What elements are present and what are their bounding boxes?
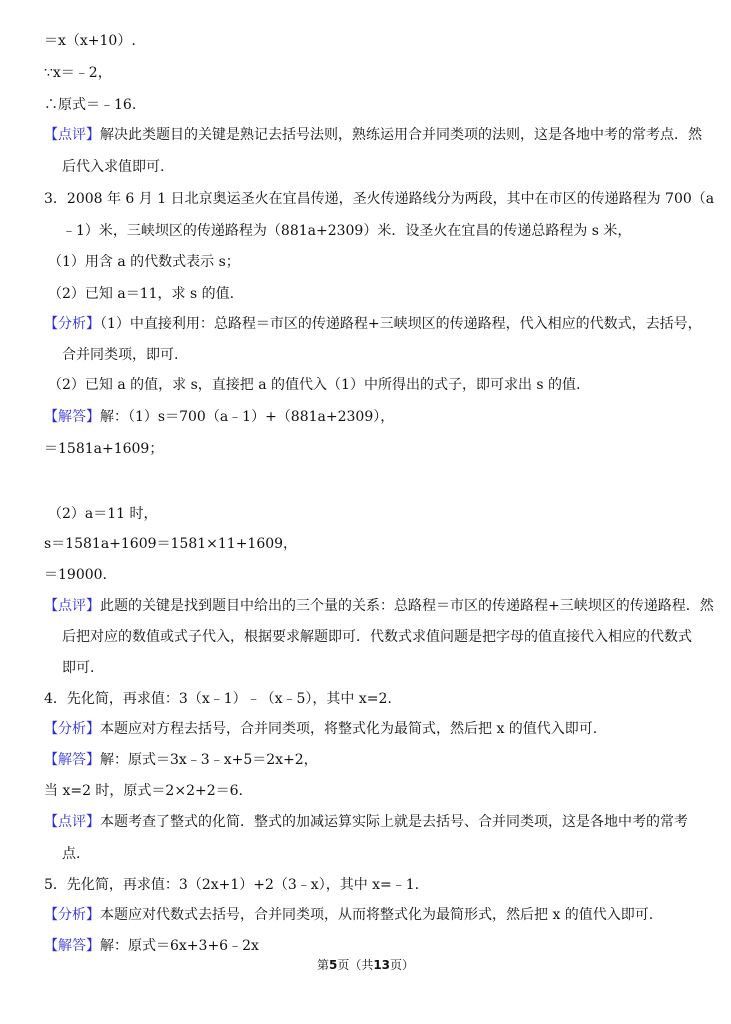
text-line: ﹣1）米，三峡坝区的传递路程为（881a+2309）米．设圣火在宜昌的传递总路程… (62, 222, 631, 240)
line-text: ＝x（x+10）. (44, 33, 136, 49)
text-line: 【解答】解：原式＝6x+3+6﹣2x (44, 937, 259, 955)
text-line: ∵x＝﹣2， (44, 64, 112, 82)
line-text: 本题考查了整式的化简．整式的加减运算实际上就是去括号、合并同类项，这是各地中考的… (100, 814, 688, 830)
text-line: 【分析】本题应对方程去括号，合并同类项，将整式化为最简式，然后把 x 的值代入即… (44, 720, 597, 738)
line-text: s＝1581a+1609＝1581×11+1609， (44, 536, 297, 552)
line-text: ＝19000. (44, 567, 107, 583)
line-text: ＝1581a+1609； (44, 441, 163, 457)
line-text: （1）中直接利用：总路程＝市区的传递路程+三峡坝区的传递路程，代入相应的代数式，… (100, 316, 702, 332)
line-text: ∴原式＝﹣16. (44, 97, 136, 113)
text-line: 【分析】本题应对代数式去括号，合并同类项，从而将整式化为最简形式，然后把 x 的… (44, 906, 653, 924)
line-text: 即可. (62, 660, 94, 676)
line-text: 本题应对方程去括号，合并同类项，将整式化为最简式，然后把 x 的值代入即可. (100, 721, 597, 737)
footer-prefix: 第 (317, 958, 329, 972)
text-line: 3．2008 年 6 月 1 日北京奥运圣火在宜昌传递，圣火传递路线分为两段，其… (44, 190, 714, 208)
section-tag: 【解答】 (44, 409, 100, 425)
text-line: 4．先化简，再求值：3（x﹣1）﹣（x﹣5），其中 x=2. (44, 690, 392, 708)
text-line: （2）已知 a＝11，求 s 的值. (48, 285, 234, 303)
text-line: 【点评】本题考查了整式的化简．整式的加减运算实际上就是去括号、合并同类项，这是各… (44, 813, 688, 831)
text-line: 【解答】解：原式＝3x﹣3﹣x+5＝2x+2， (44, 751, 318, 769)
line-text: 解：原式＝6x+3+6﹣2x (100, 938, 259, 954)
text-line: 后代入求值即可. (62, 158, 164, 176)
text-line: 点. (62, 845, 80, 863)
text-line: 合并同类项，即可. (62, 346, 178, 364)
text-line: （2）a＝11 时， (48, 505, 158, 523)
line-text: （2）已知 a＝11，求 s 的值. (48, 286, 234, 302)
text-line: ＝19000. (44, 566, 107, 584)
section-tag: 【点评】 (44, 598, 100, 614)
line-text: （2）a＝11 时， (48, 506, 158, 522)
line-text: 当 x=2 时，原式＝2×2+2＝6. (44, 783, 243, 799)
text-line: s＝1581a+1609＝1581×11+1609， (44, 535, 297, 553)
section-tag: 【分析】 (44, 721, 100, 737)
line-text: 解决此类题目的关键是熟记去括号法则，熟练运用合并同类项的法则，这是各地中考的常考… (100, 127, 702, 143)
text-line: 当 x=2 时，原式＝2×2+2＝6. (44, 782, 243, 800)
text-line: 即可. (62, 659, 94, 677)
line-text: 点. (62, 846, 80, 862)
text-line: 【解答】解：（1）s＝700（a﹣1）+（881a+2309）， (44, 408, 394, 426)
footer-middle: 页（共 (337, 958, 373, 972)
footer-total-pages: 13 (373, 958, 390, 972)
line-text: 后代入求值即可. (62, 159, 164, 175)
text-line: （1）用含 a 的代数式表示 s； (48, 253, 240, 271)
line-text: （2）已知 a 的值，求 s，直接把 a 的值代入（1）中所得出的式子，即可求出… (48, 377, 580, 393)
footer-suffix: 页） (390, 958, 414, 972)
line-text: 5．先化简，再求值：3（2x+1）+2（3﹣x），其中 x=﹣1. (44, 877, 419, 893)
line-text: 合并同类项，即可. (62, 347, 178, 363)
line-text: 解：原式＝3x﹣3﹣x+5＝2x+2， (100, 752, 318, 768)
text-line: ＝1581a+1609； (44, 440, 163, 458)
section-tag: 【分析】 (44, 316, 100, 332)
text-line: （2）已知 a 的值，求 s，直接把 a 的值代入（1）中所得出的式子，即可求出… (48, 376, 580, 394)
text-line: 【点评】此题的关键是找到题目中给出的三个量的关系：总路程＝市区的传递路程+三峡坝… (44, 597, 714, 615)
page-footer: 第5页（共13页） (0, 956, 731, 973)
text-line: 5．先化简，再求值：3（2x+1）+2（3﹣x），其中 x=﹣1. (44, 876, 419, 894)
line-text: 4．先化简，再求值：3（x﹣1）﹣（x﹣5），其中 x=2. (44, 691, 392, 707)
text-line: 【分析】（1）中直接利用：总路程＝市区的传递路程+三峡坝区的传递路程，代入相应的… (44, 315, 702, 333)
line-text: 解：（1）s＝700（a﹣1）+（881a+2309）， (100, 409, 394, 425)
section-tag: 【解答】 (44, 752, 100, 768)
text-line: ∴原式＝﹣16. (44, 96, 136, 114)
line-text: ﹣1）米，三峡坝区的传递路程为（881a+2309）米．设圣火在宜昌的传递总路程… (62, 223, 631, 239)
line-text: 本题应对代数式去括号，合并同类项，从而将整式化为最简形式，然后把 x 的值代入即… (100, 907, 653, 923)
line-text: ∵x＝﹣2， (44, 65, 112, 81)
section-tag: 【点评】 (44, 127, 100, 143)
section-tag: 【点评】 (44, 814, 100, 830)
line-text: （1）用含 a 的代数式表示 s； (48, 254, 240, 270)
section-tag: 【分析】 (44, 907, 100, 923)
text-line: ＝x（x+10）. (44, 32, 136, 50)
text-line: 【点评】解决此类题目的关键是熟记去括号法则，熟练运用合并同类项的法则，这是各地中… (44, 126, 702, 144)
line-text: 此题的关键是找到题目中给出的三个量的关系：总路程＝市区的传递路程+三峡坝区的传递… (100, 598, 714, 614)
section-tag: 【解答】 (44, 938, 100, 954)
line-text: 后把对应的数值或式子代入，根据要求解题即可．代数式求值问题是把字母的值直接代入相… (62, 629, 692, 645)
text-line: 后把对应的数值或式子代入，根据要求解题即可．代数式求值问题是把字母的值直接代入相… (62, 628, 692, 646)
line-text: 3．2008 年 6 月 1 日北京奥运圣火在宜昌传递，圣火传递路线分为两段，其… (44, 191, 714, 207)
